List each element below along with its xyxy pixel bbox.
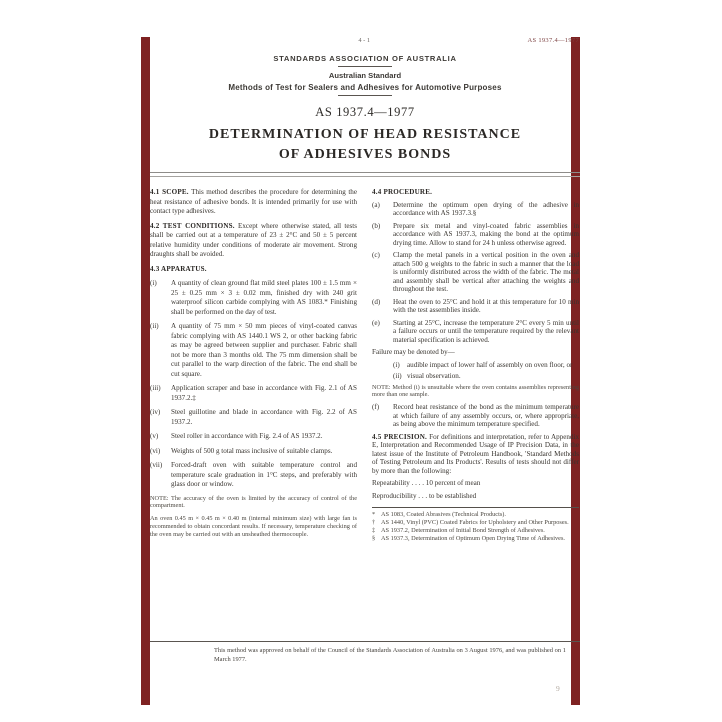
item-label: (i) [393,361,407,370]
footnotes: *AS 1083, Coated Abrasives (Technical Pr… [372,507,579,543]
apparatus-item: (iv)Steel guillotine and blade in accord… [150,408,357,427]
body-columns: 4.1 SCOPE. This method describes the pro… [150,188,580,544]
footnote: §AS 1937.3, Determination of Optimum Ope… [372,535,579,543]
item-label: (c) [372,251,393,294]
item-label: (vii) [150,461,171,490]
item-text: Record heat resistance of the bond as th… [393,403,579,429]
doc-title-line1: DETERMINATION OF HEAD RESISTANCE [150,125,580,145]
reproducibility-line: Reproducibility . . . to be established [372,492,579,501]
procedure-item: (d)Heat the oven to 25°C and hold it at … [372,298,579,315]
document-canvas: { "header": { "page_number": "4-1", "doc… [0,0,722,722]
apparatus-note: NOTE: The accuracy of the oven is limite… [150,495,357,511]
procedure-item: (f)Record heat resistance of the bond as… [372,403,579,429]
standard-number: AS 1937.4—1977 [150,105,580,120]
item-text: Clamp the metal panels in a vertical pos… [393,251,579,294]
apparatus-item: (iii)Application scraper and base in acc… [150,384,357,403]
item-text: Steel guillotine and blade in accordance… [171,408,357,427]
approval-footer: This method was approved on behalf of th… [150,641,580,664]
item-label: (ii) [150,322,171,379]
item-label: (a) [372,201,393,218]
procedure-item: (a)Determine the optimum open drying of … [372,201,579,218]
right-column: 4.4 PROCEDURE. (a)Determine the optimum … [372,188,579,544]
section-4-4-head: 4.4 PROCEDURE. [372,188,579,197]
item-text: A quantity of 75 mm × 50 mm pieces of vi… [171,322,357,379]
procedure-item: (c)Clamp the metal panels in a vertical … [372,251,579,294]
item-label: (b) [372,222,393,248]
item-text: Forced-draft oven with suitable temperat… [171,461,357,490]
document-page: 4-1 AS 1937.4—1977 STANDARDS ASSOCIATION… [150,34,580,544]
section-4-2: 4.2 TEST CONDITIONS. Except where otherw… [150,222,357,260]
item-label: (d) [372,298,393,315]
footnote-text: AS 1937.2, Determination of Initial Bond… [381,527,579,535]
left-watermark-bar [141,37,150,705]
footnote: †AS 1440, Vinyl (PVC) Coated Fabrics for… [372,519,579,527]
left-column: 4.1 SCOPE. This method describes the pro… [150,188,357,544]
procedure-item: (b)Prepare six metal and vinyl-coated fa… [372,222,579,248]
apparatus-item: (v)Steel roller in accordance with Fig. … [150,432,357,442]
approval-text: This method was approved on behalf of th… [214,647,566,664]
doc-number: AS 1937.4—1977 [527,37,579,44]
item-text: Determine the optimum open drying of the… [393,201,579,218]
standard-series: Australian Standard [150,71,580,80]
footnote: ‡AS 1937.2, Determination of Initial Bon… [372,527,579,535]
section-4-2-head: 4.2 TEST CONDITIONS. [150,222,235,230]
item-label: (vi) [150,447,171,457]
item-text: Prepare six metal and vinyl-coated fabri… [393,222,579,248]
section-4-1-head: 4.1 SCOPE. [150,188,189,196]
apparatus-item: (vii)Forced-draft oven with suitable tem… [150,461,357,490]
failure-mode: (i)audible impact of lower half of assem… [393,361,579,370]
item-text: Starting at 25°C, increase the temperatu… [393,319,579,345]
item-text: Steel roller in accordance with Fig. 2.4… [171,432,357,442]
item-text: Heat the oven to 25°C and hold it at thi… [393,298,579,315]
item-label: (f) [372,403,393,429]
item-text: Weights of 500 g total mass inclusive of… [171,447,357,457]
apparatus-item: (ii)A quantity of 75 mm × 50 mm pieces o… [150,322,357,379]
footnote-text: AS 1083, Coated Abrasives (Technical Pro… [381,511,579,519]
procedure-note: NOTE: Method (i) is unsuitable where the… [372,384,579,400]
item-label: (v) [150,432,171,442]
title-divider [150,172,580,177]
section-4-5-head: 4.5 PRECISION. [372,433,427,441]
item-text: Application scraper and base in accordan… [171,384,357,403]
masthead-rule [338,95,392,96]
item-label: (i) [150,279,171,317]
footnote-marker: § [372,535,381,543]
footnote-marker: † [372,519,381,527]
footnote-text: AS 1937.3, Determination of Optimum Open… [381,535,579,543]
section-4-3-head: 4.3 APPARATUS. [150,265,357,275]
item-label: (iv) [150,408,171,427]
masthead-rule [338,66,392,67]
repeatability-line: Repeatability . . . . 10 percent of mean [372,479,579,488]
footnote-marker: ‡ [372,527,381,535]
section-4-5: 4.5 PRECISION. For definitions and inter… [372,433,579,476]
item-label: (iii) [150,384,171,403]
section-4-1: 4.1 SCOPE. This method describes the pro… [150,188,357,217]
apparatus-item: (vi)Weights of 500 g total mass inclusiv… [150,447,357,457]
footnote: *AS 1083, Coated Abrasives (Technical Pr… [372,511,579,519]
masthead: STANDARDS ASSOCIATION OF AUSTRALIA Austr… [150,54,580,165]
apparatus-item: (i)A quantity of clean ground flat mild … [150,279,357,317]
footnote-marker: * [372,511,381,519]
item-label: (e) [372,319,393,345]
failure-intro: Failure may be denoted by— [372,348,579,357]
item-text: A quantity of clean ground flat mild ste… [171,279,357,317]
doc-title-line2: OF ADHESIVES BONDS [150,145,580,165]
failure-mode: (ii)visual observation. [393,372,579,381]
running-header: 4-1 AS 1937.4—1977 [150,34,580,47]
page-number: 4-1 [358,37,371,44]
pencil-page-mark: 9 [556,684,560,693]
apparatus-note-detail: An oven 0.45 m × 0.45 m × 0.40 m (intern… [150,515,357,539]
item-text: audible impact of lower half of assembly… [407,361,579,370]
item-text: visual observation. [407,372,579,381]
footnote-text: AS 1440, Vinyl (PVC) Coated Fabrics for … [381,519,579,527]
series-subtitle: Methods of Test for Sealers and Adhesive… [150,83,580,92]
procedure-item: (e)Starting at 25°C, increase the temper… [372,319,579,345]
org-title: STANDARDS ASSOCIATION OF AUSTRALIA [150,54,580,63]
item-label: (ii) [393,372,407,381]
